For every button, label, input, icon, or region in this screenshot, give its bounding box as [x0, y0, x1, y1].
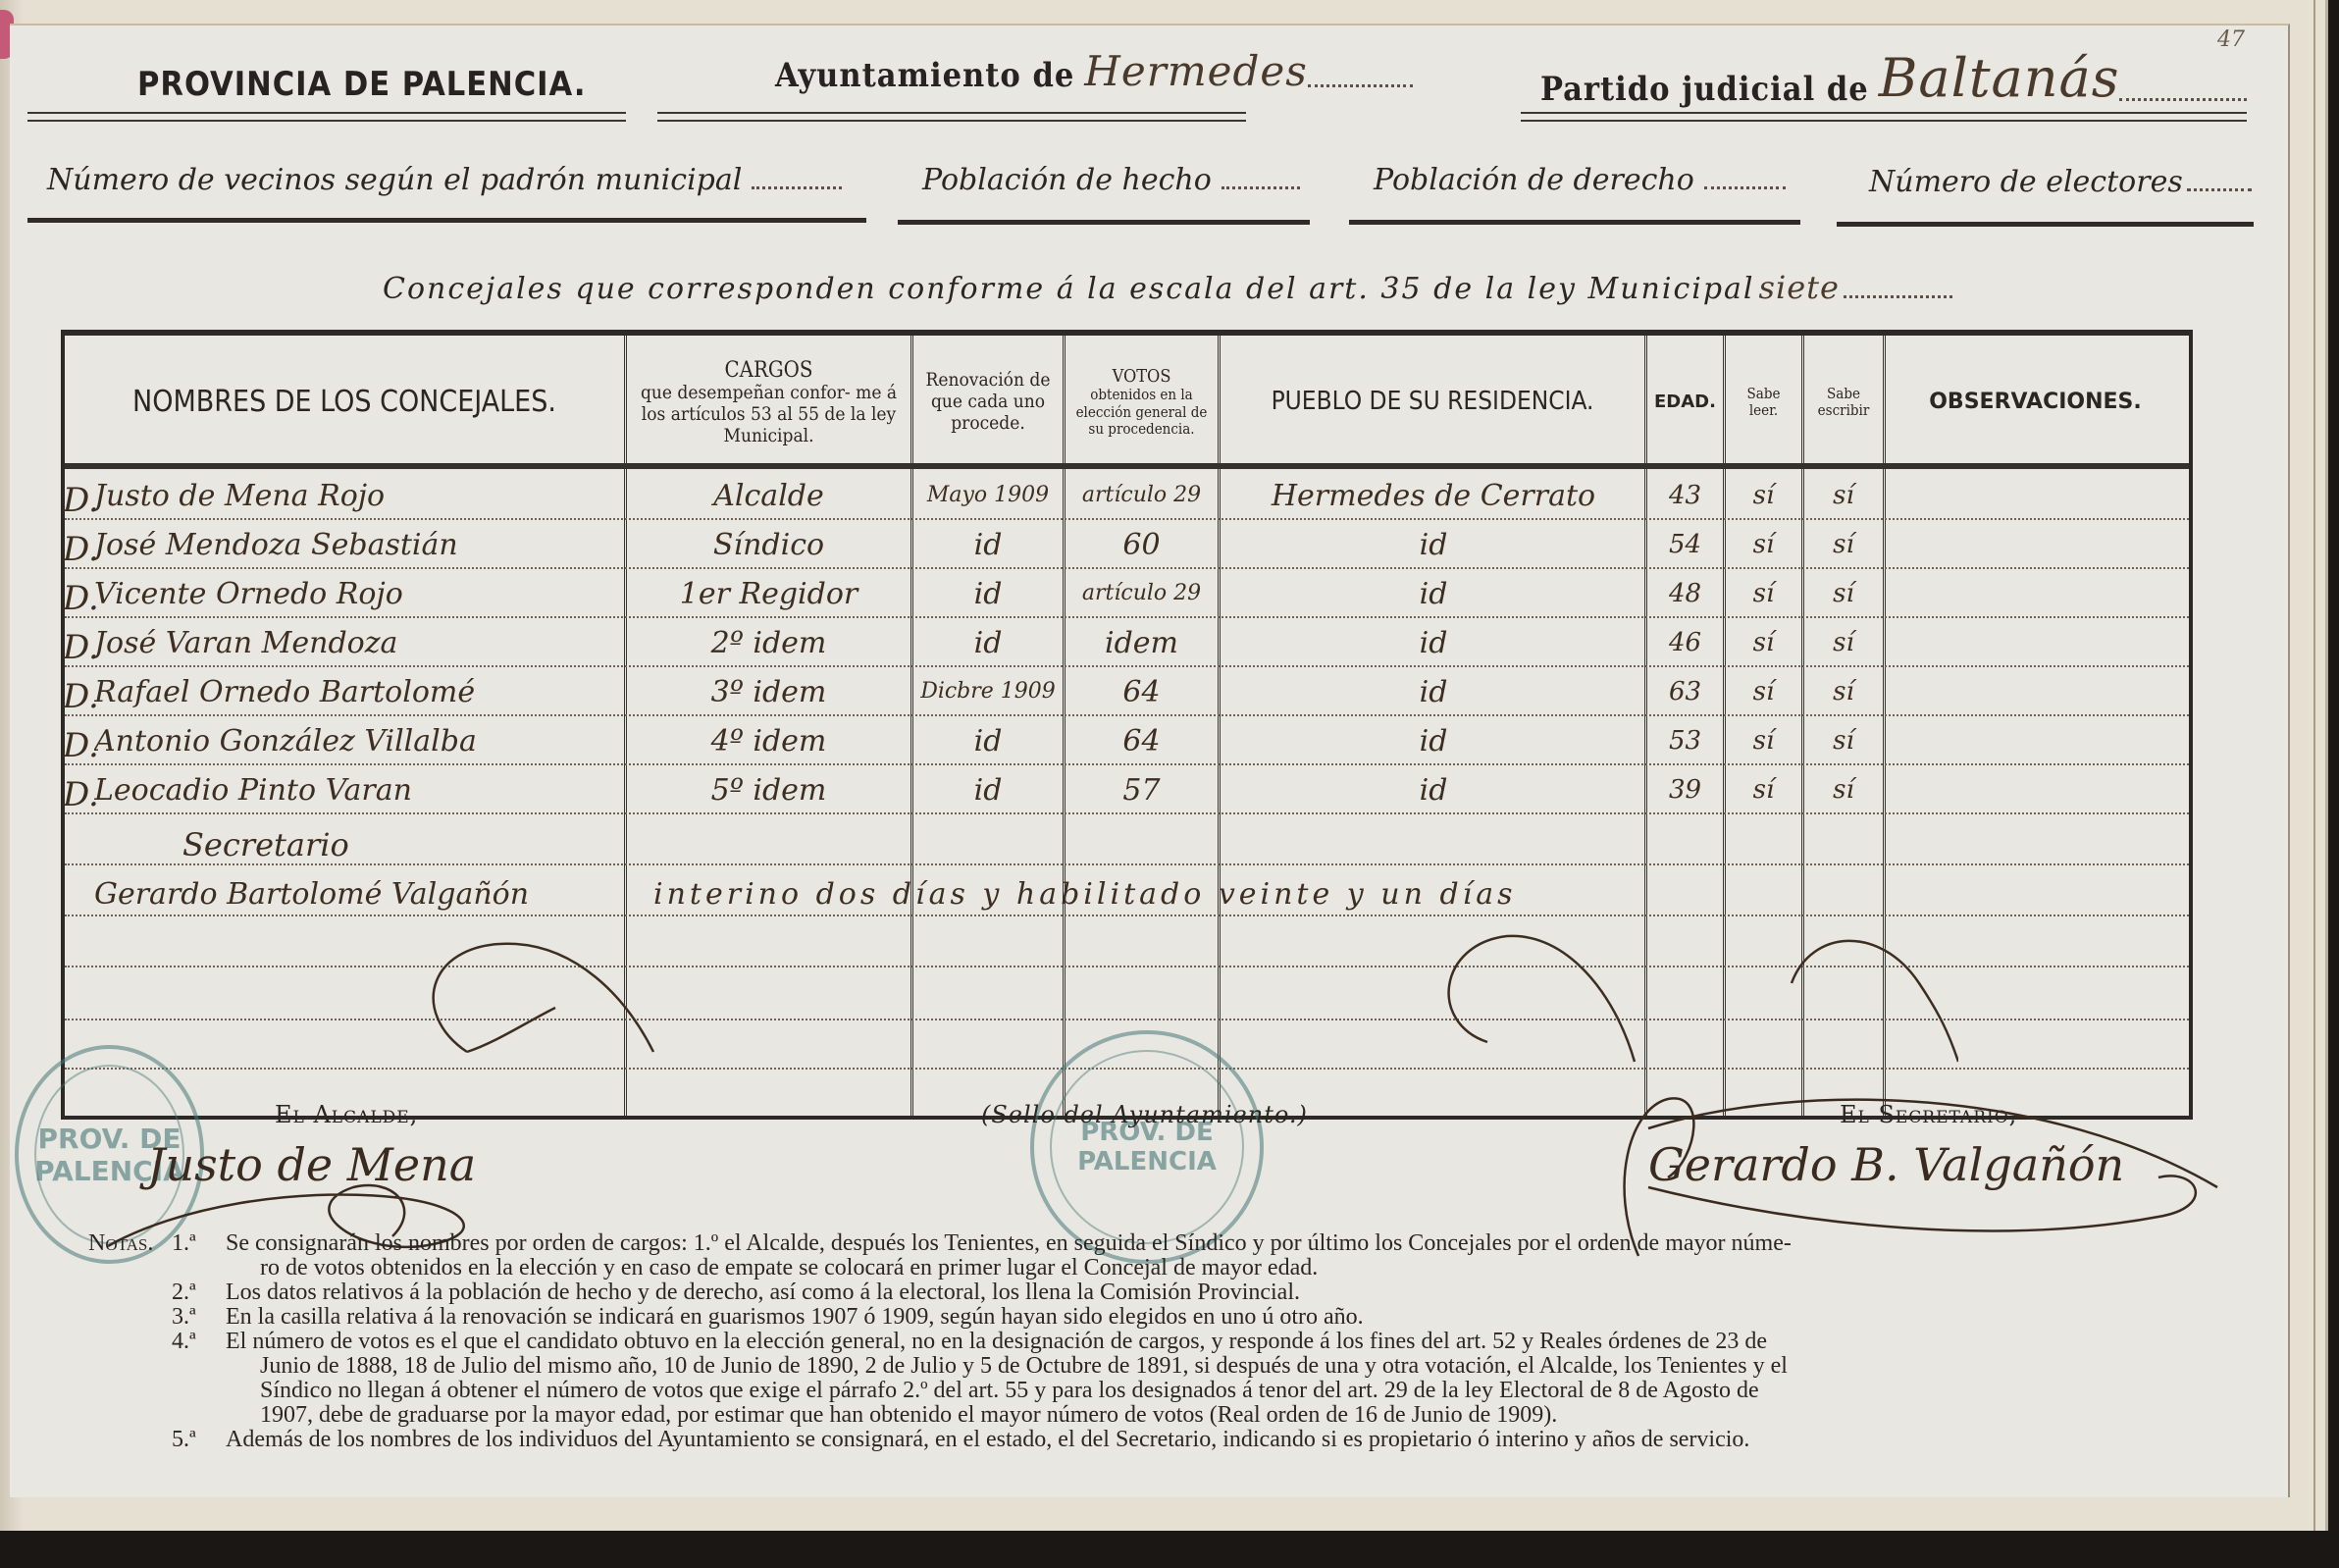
cell-votos[interactable]: 60 [1066, 528, 1218, 562]
cell-renovacion[interactable]: id [914, 626, 1062, 660]
row-line-1 [65, 518, 2189, 520]
cell-cargo[interactable]: Alcalde [629, 479, 909, 513]
note-4-cont-1: Junio de 1888, 18 de Julio del mismo año… [88, 1354, 2266, 1379]
header-sabe-leer: Sabe leer. [1726, 343, 1801, 461]
note-label-spacer [88, 1305, 172, 1330]
cell-edad[interactable]: 63 [1647, 677, 1723, 706]
cell-pueblo[interactable]: id [1222, 528, 1644, 562]
electores-label: Número de electores [1869, 165, 2183, 199]
cell-pueblo[interactable]: id [1222, 577, 1644, 611]
note-text: Además de los nombres de los individuos … [226, 1428, 2266, 1452]
partido-value[interactable]: Baltanás [1879, 47, 2120, 109]
cell-escribir[interactable]: sí [1804, 628, 1883, 657]
cell-pueblo[interactable]: id [1222, 773, 1644, 808]
note-label-spacer [88, 1330, 172, 1354]
header-renovacion: Renovación de que cada uno procede. [913, 343, 1063, 461]
table-header-rule [65, 463, 2189, 469]
note-text: Los datos relativos á la población de he… [226, 1281, 2266, 1305]
cell-votos[interactable]: artículo 29 [1066, 581, 1218, 605]
header-edad: EDAD. [1647, 343, 1723, 461]
header-votos-sub: obtenidos en la elección general de su p… [1066, 387, 1218, 438]
cell-pueblo[interactable]: id [1222, 675, 1644, 709]
cell-nombre[interactable]: Leocadio Pinto Varan [94, 773, 614, 808]
row-line-9 [65, 915, 2189, 916]
cell-votos[interactable]: 64 [1066, 724, 1218, 758]
note-4-cont-3: 1907, debe de graduarse por la mayor eda… [88, 1403, 2266, 1428]
header-rule-ayuntamiento [657, 112, 1246, 122]
header-votos-title: VOTOS [1113, 367, 1171, 388]
ayuntamiento-field: Ayuntamiento de Hermedes [775, 47, 1413, 95]
note-number: 2.ª [172, 1281, 226, 1305]
cell-edad[interactable]: 54 [1647, 530, 1723, 559]
row-line-5 [65, 714, 2189, 716]
cell-cargo[interactable]: 2º idem [629, 626, 909, 660]
cell-renovacion[interactable]: Dicbre 1909 [914, 679, 1062, 704]
cell-escribir[interactable]: sí [1804, 726, 1883, 756]
cell-votos[interactable]: idem [1066, 626, 1218, 660]
cell-escribir[interactable]: sí [1804, 530, 1883, 559]
cell-renovacion[interactable]: Mayo 1909 [914, 483, 1062, 507]
cell-nombre[interactable]: José Mendoza Sebastián [94, 528, 614, 562]
cell-nombre[interactable]: Vicente Ornedo Rojo [94, 577, 614, 611]
header-rule-partido [1521, 112, 2247, 122]
header-cargos-sub: que desempeñan confor- me á los artículo… [627, 383, 910, 447]
note-5: 5.ª Además de los nombres de los individ… [88, 1428, 2266, 1452]
header-nombres: NOMBRES DE LOS CONCEJALES. [65, 343, 624, 461]
note-number: 3.ª [172, 1305, 226, 1330]
ayuntamiento-value[interactable]: Hermedes [1084, 47, 1308, 95]
cell-nombre[interactable]: Justo de Mena Rojo [94, 479, 614, 513]
secretario-heading: Secretario [182, 826, 575, 863]
rule-derecho [1349, 220, 1800, 225]
rule-electores [1837, 222, 2254, 227]
row-line-2 [65, 567, 2189, 569]
vecinos-label: Número de vecinos según el padrón munici… [47, 163, 742, 197]
cell-escribir[interactable]: sí [1804, 579, 1883, 608]
note-text: Se consignarán los nombres por orden de … [226, 1231, 2266, 1256]
province-title: PROVINCIA DE PALENCIA. [137, 65, 648, 104]
electores-input[interactable] [2187, 188, 2252, 191]
cell-escribir[interactable]: sí [1804, 481, 1883, 510]
cell-leer[interactable]: sí [1726, 775, 1801, 805]
cell-edad[interactable]: 43 [1647, 481, 1723, 510]
cell-edad[interactable]: 46 [1647, 628, 1723, 657]
note-label-spacer [88, 1281, 172, 1305]
cell-cargo[interactable]: 3º idem [629, 675, 909, 709]
cell-pueblo[interactable]: id [1222, 626, 1644, 660]
secretario-servicio[interactable]: interino dos días y habilitado veinte y … [653, 877, 1890, 912]
hecho-label: Población de hecho [922, 163, 1212, 197]
note-number: 4.ª [172, 1330, 226, 1354]
header-pueblo: PUEBLO DE SU RESIDENCIA. [1221, 343, 1644, 461]
header-rule-province [27, 112, 626, 122]
header-sabe-escribir: Sabe escribir [1804, 343, 1883, 461]
cell-nombre[interactable]: Rafael Ornedo Bartolomé [94, 675, 614, 709]
cell-pueblo[interactable]: Hermedes de Cerrato [1222, 479, 1644, 513]
cell-edad[interactable]: 48 [1647, 579, 1723, 608]
cell-edad[interactable]: 39 [1647, 775, 1723, 805]
cell-cargo[interactable]: 5º idem [629, 773, 909, 808]
cell-votos[interactable]: artículo 29 [1066, 483, 1218, 507]
cell-leer[interactable]: sí [1726, 677, 1801, 706]
stamp-inner-ring [1050, 1050, 1244, 1244]
row-line-8 [65, 863, 2189, 865]
cell-leer[interactable]: sí [1726, 530, 1801, 559]
cell-nombre[interactable]: Antonio González Villalba [94, 724, 614, 758]
header-observaciones: OBSERVACIONES. [1886, 343, 2185, 461]
cell-cargo[interactable]: 4º idem [629, 724, 909, 758]
note-4-cont-2: Síndico no llegan á obtener el número de… [88, 1379, 2266, 1403]
cell-edad[interactable]: 53 [1647, 726, 1723, 756]
cell-leer[interactable]: sí [1726, 579, 1801, 608]
rule-vecinos-full [27, 218, 866, 223]
cell-pueblo[interactable]: id [1222, 724, 1644, 758]
cell-renovacion[interactable]: id [914, 724, 1062, 758]
rule-hecho [898, 220, 1310, 225]
municipal-stamp-center: PROV. DE PALENCIA [1030, 1030, 1264, 1264]
concejales-table: NOMBRES DE LOS CONCEJALES. CARGOS que de… [61, 330, 2193, 1120]
cell-leer[interactable]: sí [1726, 726, 1801, 756]
derecho-input[interactable] [1704, 186, 1786, 189]
sello-label: (Sello del Ayuntamiento.) [981, 1101, 1308, 1128]
concejales-dotted-line [1844, 295, 1952, 298]
vecinos-input[interactable] [752, 186, 842, 189]
vecinos-field: Número de vecinos según el padrón munici… [47, 163, 842, 197]
notes-label: Notas. [88, 1231, 172, 1256]
cell-escribir[interactable]: sí [1804, 775, 1883, 805]
secretario-nombre[interactable]: Gerardo Bartolomé Valgañón [94, 877, 624, 912]
note-text: En la casilla relativa á la renovación s… [226, 1305, 2266, 1330]
cell-cargo[interactable]: Síndico [629, 528, 909, 562]
note-1: Notas. 1.ª Se consignarán los nombres po… [88, 1231, 2266, 1256]
cell-leer[interactable]: sí [1726, 628, 1801, 657]
note-label-spacer [88, 1428, 172, 1452]
row-line-7 [65, 812, 2189, 814]
concejales-value[interactable]: siete [1759, 269, 1840, 306]
flourish-closing-left [408, 934, 702, 1062]
province-label: PROVINCIA DE PALENCIA. [137, 65, 586, 104]
electores-field: Número de electores [1869, 165, 2252, 199]
alcalde-label: El Alcalde, [275, 1101, 418, 1128]
hecho-field: Población de hecho [922, 163, 1300, 197]
note-1-cont: ro de votos obtenidos en la elección y e… [88, 1256, 2266, 1281]
concejales-field: Concejales que corresponden conforme á l… [383, 269, 1952, 306]
partido-field: Partido judicial de Baltanás [1540, 47, 2247, 109]
flourish-closing-right [1370, 924, 1958, 1071]
header-cargos: CARGOS que desempeñan confor- me á los a… [627, 343, 910, 461]
row-line-6 [65, 763, 2189, 765]
cell-renovacion[interactable]: id [914, 773, 1062, 808]
row-line-4 [65, 665, 2189, 667]
partido-label: Partido judicial de [1540, 70, 1869, 109]
ayuntamiento-label: Ayuntamiento de [775, 56, 1074, 95]
note-text: El número de votos es el que el candidat… [226, 1330, 2266, 1354]
ayuntamiento-dotted-line [1308, 84, 1413, 87]
note-number: 5.ª [172, 1428, 226, 1452]
hecho-input[interactable] [1221, 186, 1300, 189]
header-cargos-title: CARGOS [725, 358, 813, 383]
note-4: 4.ª El número de votos es el que el cand… [88, 1330, 2266, 1354]
concejales-label: Concejales que corresponden conforme á l… [383, 272, 1755, 306]
row-line-3 [65, 616, 2189, 618]
cell-renovacion[interactable]: id [914, 528, 1062, 562]
note-2: 2.ª Los datos relativos á la población d… [88, 1281, 2266, 1305]
notes-section: Notas. 1.ª Se consignarán los nombres po… [88, 1231, 2266, 1452]
cell-escribir[interactable]: sí [1804, 677, 1883, 706]
note-number: 1.ª [172, 1231, 226, 1256]
cell-votos[interactable]: 64 [1066, 675, 1218, 709]
cell-cargo[interactable]: 1er Regidor [629, 577, 909, 611]
derecho-field: Población de derecho [1374, 163, 1786, 197]
partido-dotted-line [2119, 98, 2247, 101]
cell-nombre[interactable]: José Varan Mendoza [94, 626, 614, 660]
cell-leer[interactable]: sí [1726, 481, 1801, 510]
cell-votos[interactable]: 57 [1066, 773, 1218, 808]
note-3: 3.ª En la casilla relativa á la renovaci… [88, 1305, 2266, 1330]
derecho-label: Población de derecho [1374, 163, 1694, 197]
cell-renovacion[interactable]: id [914, 577, 1062, 611]
header-votos: VOTOS obtenidos en la elección general d… [1066, 343, 1218, 461]
